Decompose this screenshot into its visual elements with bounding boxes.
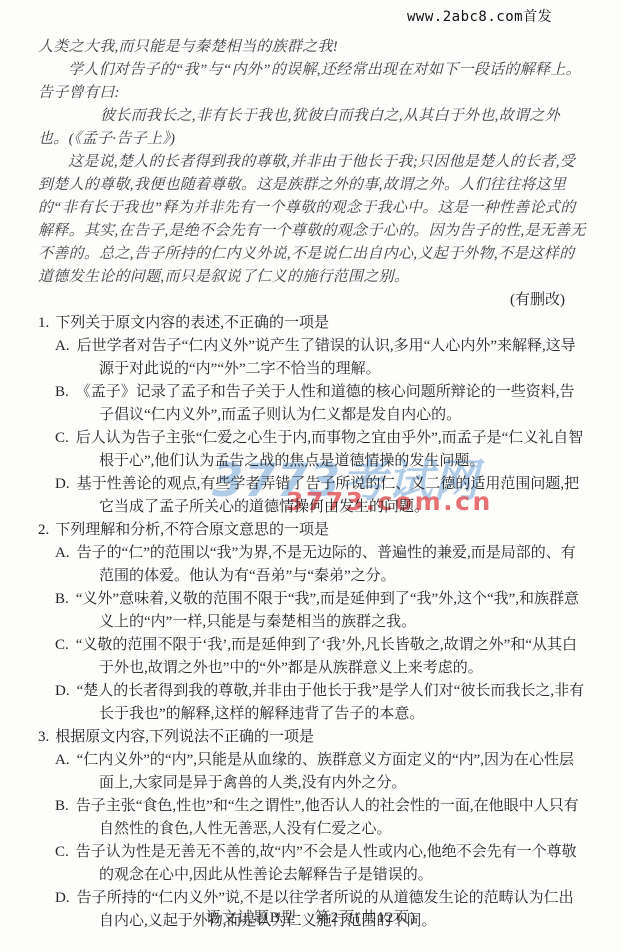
- option-label: B.: [55, 591, 69, 607]
- option-text: 告子主张“食色,性也”和“生之谓性”,他否认人的社会性的一面,在他眼中人只有自然…: [76, 798, 579, 837]
- question-2-option-c: C.“义敬的范围不限于‘我’,而是延伸到了‘我’外,凡长皆敬之,故谓之外”和“从…: [55, 634, 587, 680]
- question-1-option-b: B.《孟子》记录了孟子和告子关于人性和道德的核心问题所辩论的一些资料,告子倡议“…: [55, 381, 587, 427]
- question-number: 3.: [38, 729, 49, 745]
- option-label: D.: [55, 890, 70, 906]
- option-label: B.: [55, 384, 69, 400]
- option-text: “义外”意味着,义敬的范围不限于“我”,而是延伸到了“我”外,这个“我”,和族群…: [76, 591, 579, 630]
- option-text: 告子认为性是无善无不善的,故“内”不会是人性或内心,他绝不会先有一个尊敬的观念在…: [76, 844, 577, 883]
- passage-attribution: (有删改): [38, 289, 587, 312]
- question-stem-text: 根据原文内容,下列说法不正确的一项是: [55, 729, 314, 745]
- passage-quote: 彼长而我长之,非有长于我也,犹彼白而我白之,从其白于外也,故谓之外也。(《孟子·…: [38, 105, 587, 151]
- question-3-option-c: C.告子认为性是无善无不善的,故“内”不会是人性或内心,他绝不会先有一个尊敬的观…: [55, 841, 587, 887]
- passage-and-questions: 人类之大我,而只能是与秦楚相当的族群之我! 学人们对告子的“我”与“内外”的误解…: [38, 36, 587, 933]
- question-3-option-b: B.告子主张“食色,性也”和“生之谓性”,他否认人的社会性的一面,在他眼中人只有…: [55, 795, 587, 841]
- question-3-option-a: A.“仁内义外”的“内”,只能是从血缘的、族群意义方面定义的“内”,因为在心性层…: [55, 749, 587, 795]
- option-label: C.: [55, 844, 69, 860]
- exam-page: 3773考试网 3773.com.cn www.2abc8.com首发 人类之大…: [0, 0, 622, 952]
- option-text: “楚人的长者得到我的尊敬,并非由于他长于我”是学人们对“彼长而我长之,非有长于我…: [77, 683, 584, 722]
- option-label: D.: [55, 476, 70, 492]
- option-text: 后人认为告子主张“仁爱之心生于内,而事物之宜由乎外”,而孟子是“仁义礼自智根于心…: [76, 430, 583, 469]
- option-label: A.: [55, 338, 70, 354]
- question-stem-text: 下列理解和分析,不符合原文意思的一项是: [55, 522, 329, 538]
- option-label: A.: [55, 752, 70, 768]
- question-2-option-a: A.告子的“仁”的范围以“我”为界,不是无边际的、普遍性的兼爱,而是局部的、有范…: [55, 542, 587, 588]
- option-text: 告子的“仁”的范围以“我”为界,不是无边际的、普遍性的兼爱,而是局部的、有范围的…: [77, 545, 576, 584]
- question-stem: 1.下列关于原文内容的表述,不正确的一项是: [38, 312, 587, 335]
- page-footer: 语文试题B型第2页(共12页): [0, 906, 622, 927]
- question-stem-text: 下列关于原文内容的表述,不正确的一项是: [55, 315, 329, 331]
- passage-main-paragraph: 这是说,楚人的长者得到我的尊敬,并非由于他长于我;只因他是楚人的长者,受到楚人的…: [38, 151, 587, 289]
- question-2-option-b: B.“义外”意味着,义敬的范围不限于“我”,而是延伸到了“我”外,这个“我”,和…: [55, 588, 587, 634]
- option-label: A.: [55, 545, 70, 561]
- question-stem: 3.根据原文内容,下列说法不正确的一项是: [38, 726, 587, 749]
- option-label: C.: [55, 430, 69, 446]
- question-3: 3.根据原文内容,下列说法不正确的一项是 A.“仁内义外”的“内”,只能是从血缘…: [38, 726, 587, 933]
- question-2: 2.下列理解和分析,不符合原文意思的一项是 A.告子的“仁”的范围以“我”为界,…: [38, 519, 587, 726]
- question-1-option-a: A.后世学者对告子“仁内义外”说产生了错误的认识,多用“人心内外”来解释,这导源…: [55, 335, 587, 381]
- option-text: “仁内义外”的“内”,只能是从血缘的、族群意义方面定义的“内”,因为在心性层面上…: [77, 752, 574, 791]
- option-text: “义敬的范围不限于‘我’,而是延伸到了‘我’外,凡长皆敬之,故谓之外”和“从其白…: [76, 637, 577, 676]
- question-number: 2.: [38, 522, 49, 538]
- footer-page-number: 第2页(共12页): [297, 910, 417, 926]
- passage-intro-paragraph: 学人们对告子的“我”与“内外”的误解,还经常出现在对如下一段话的解释上。告子曾有…: [38, 59, 587, 105]
- option-label: C.: [55, 637, 69, 653]
- question-1-option-c: C.后人认为告子主张“仁爱之心生于内,而事物之宜由乎外”,而孟子是“仁义礼自智根…: [55, 427, 587, 473]
- question-1: 1.下列关于原文内容的表述,不正确的一项是 A.后世学者对告子“仁内义外”说产生…: [38, 312, 587, 519]
- passage-opening-line: 人类之大我,而只能是与秦楚相当的族群之我!: [38, 36, 587, 59]
- footer-exam-label: 语文试题B型: [206, 910, 297, 926]
- option-text: 《孟子》记录了孟子和告子关于人性和道德的核心问题所辩论的一些资料,告子倡议“仁内…: [76, 384, 575, 423]
- question-2-option-d: D.“楚人的长者得到我的尊敬,并非由于他长于我”是学人们对“彼长而我长之,非有长…: [55, 680, 587, 726]
- option-text: 基于性善论的观点,有些学者弄错了告子所说的仁、义二德的适用范围问题,把它当成了孟…: [77, 476, 580, 515]
- question-number: 1.: [38, 315, 49, 331]
- header-site-url: www.2abc8.com首发: [407, 6, 552, 26]
- question-1-option-d: D.基于性善论的观点,有些学者弄错了告子所说的仁、义二德的适用范围问题,把它当成…: [55, 473, 587, 519]
- option-text: 后世学者对告子“仁内义外”说产生了错误的认识,多用“人心内外”来解释,这导源于对…: [77, 338, 576, 377]
- question-stem: 2.下列理解和分析,不符合原文意思的一项是: [38, 519, 587, 542]
- option-label: B.: [55, 798, 69, 814]
- option-label: D.: [55, 683, 70, 699]
